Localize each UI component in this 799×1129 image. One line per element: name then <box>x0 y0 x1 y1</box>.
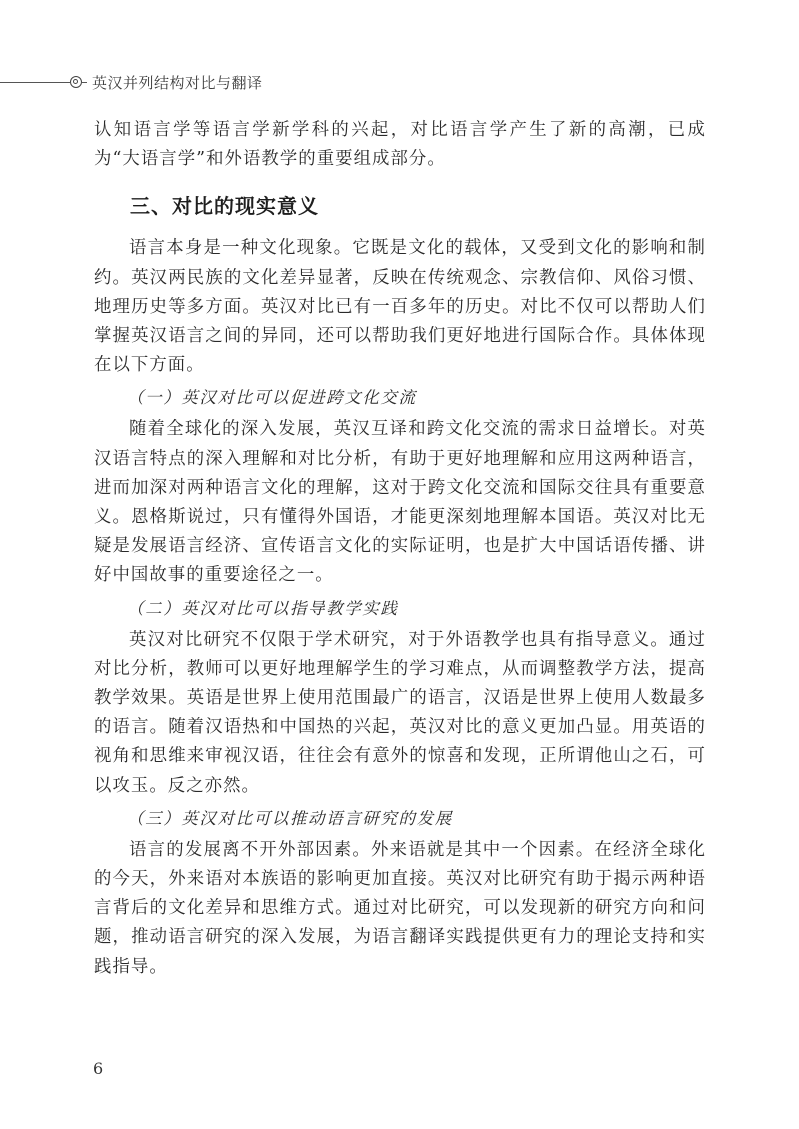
running-head: 英汉并列结构对比与翻译 <box>0 70 263 94</box>
subsection-paragraph-2: 英汉对比研究不仅限于学术研究，对于外语教学也具有指导意义。通过对比分析，教师可以… <box>94 626 706 801</box>
header-rule <box>0 82 70 83</box>
subsection-paragraph-1: 随着全球化的深入发展，英汉互译和跨文化交流的需求日益增长。对英汉语言特点的深入理… <box>94 415 706 590</box>
section-heading: 三、对比的现实意义 <box>94 191 706 221</box>
page-number: 6 <box>93 1059 103 1078</box>
running-head-title: 英汉并列结构对比与翻译 <box>92 72 263 93</box>
intro-paragraph: 语言本身是一种文化现象。它既是文化的载体，又受到文化的影响和制约。英汉两民族的文… <box>94 234 706 380</box>
header-dash <box>82 82 87 83</box>
page-content: 认知语言学等语言学新学科的兴起，对比语言学产生了新的高潮，已成为“大语言学”和外… <box>94 116 706 982</box>
subsection-paragraph-3: 语言的发展离不开外部因素。外来语就是其中一个因素。在经济全球化的今天，外来语对本… <box>94 836 706 982</box>
subsection-heading-1: （一）英汉对比可以促进跨文化交流 <box>94 384 706 411</box>
subsection-heading-2: （二）英汉对比可以指导教学实践 <box>94 595 706 622</box>
subsection-heading-3: （三）英汉对比可以推动语言研究的发展 <box>94 805 706 832</box>
continued-paragraph: 认知语言学等语言学新学科的兴起，对比语言学产生了新的高潮，已成为“大语言学”和外… <box>94 116 706 174</box>
double-circle-icon <box>70 76 82 88</box>
